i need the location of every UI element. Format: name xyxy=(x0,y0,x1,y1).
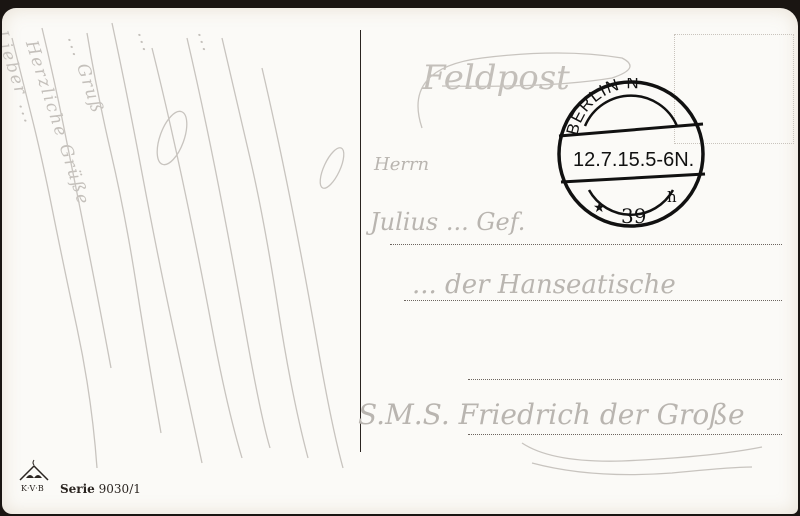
salutation: Herrn xyxy=(374,154,429,175)
postmark-city: BERLIN N xyxy=(563,78,640,137)
postmark-suffix: h xyxy=(667,188,677,206)
address-rule-1 xyxy=(390,244,782,245)
address-line-1: Julius ... Gef. xyxy=(370,208,525,236)
serie-number: 9030/1 xyxy=(99,482,141,496)
postmark-date: 12.7.15.5-6N. xyxy=(573,149,694,171)
address-line-3: S.M.S. Friedrich der Große xyxy=(358,398,745,431)
underline-flourish xyxy=(512,433,772,483)
center-divider xyxy=(360,30,361,452)
svg-text:BERLIN N: BERLIN N xyxy=(563,78,640,137)
address-rule-3 xyxy=(468,379,782,380)
postmark-star: ★ xyxy=(593,200,606,216)
serie-label: Serie 9030/1 xyxy=(60,482,141,496)
address-rule-2 xyxy=(404,300,782,301)
postmark-office-number: 39 xyxy=(621,204,646,228)
publisher-logo-text: K·V·B xyxy=(21,484,44,493)
serie-word: Serie xyxy=(60,482,95,496)
postmark-stamp: BERLIN N 12.7.15.5-6N. ★ 39 h xyxy=(555,78,707,230)
address-line-2: ... der Hanseatische xyxy=(412,270,676,300)
publisher-logo-icon: K·V·B xyxy=(16,458,52,494)
message-handwriting xyxy=(2,8,360,514)
postcard: Lieber ... Herzliche Grüße ... Gruß ... … xyxy=(2,8,798,514)
